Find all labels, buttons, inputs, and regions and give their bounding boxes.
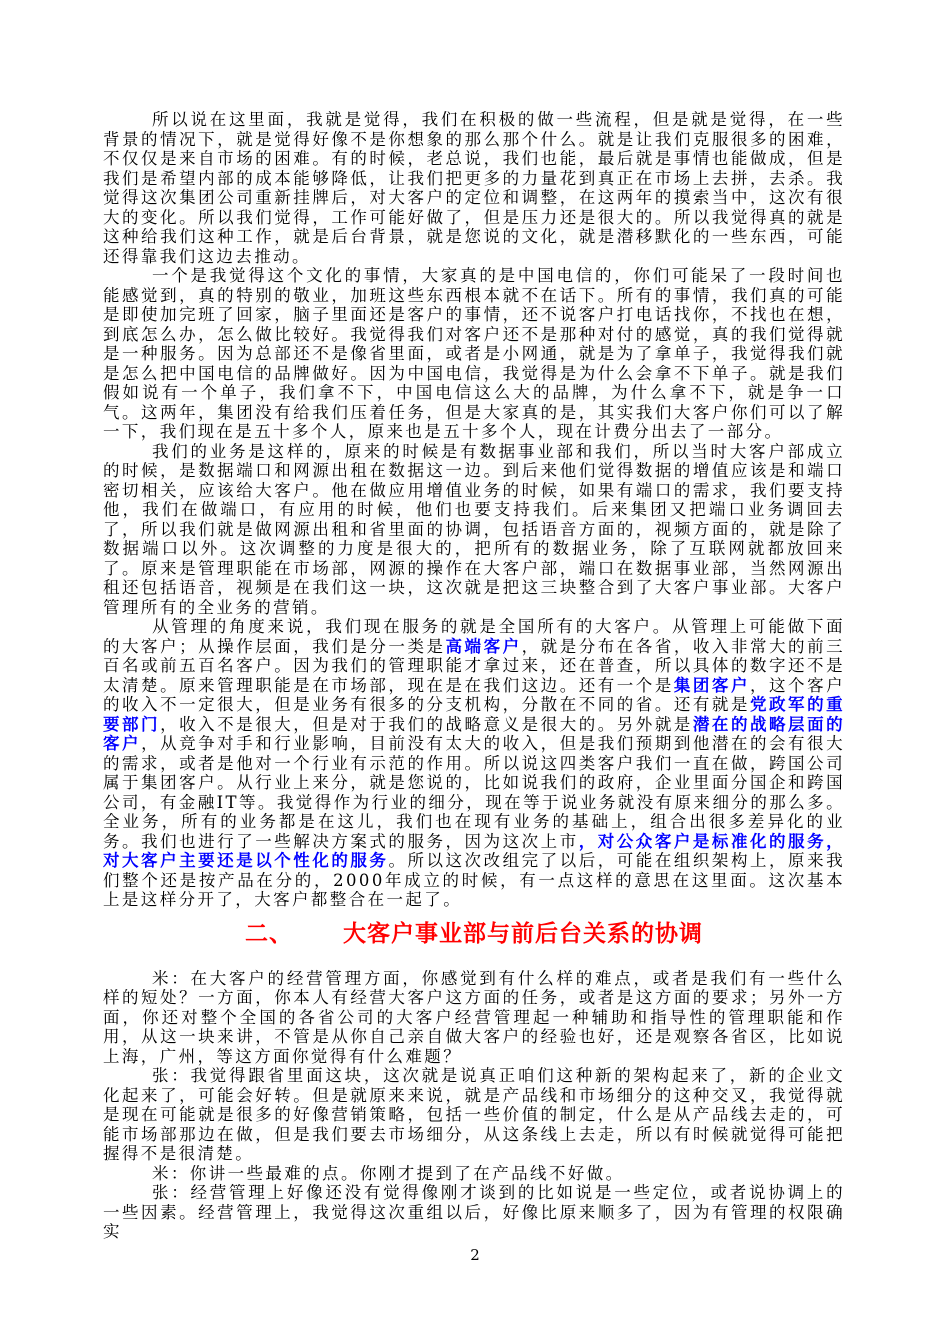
emphasis-blue-text: 集团客户 [674, 676, 750, 695]
page-number: 2 [0, 1246, 950, 1264]
paragraph-6: 张：我觉得跟省里面这块，这次就是说真正咱们这种新的架构起来了，新的企业文化起来了… [103, 1066, 845, 1164]
paragraph-8: 张：经营管理上好像还没有觉得像刚才谈到的比如说是一些定位，或者说协调上的一些因素… [103, 1183, 845, 1242]
body-text: 张：经营管理上好像还没有觉得像刚才谈到的比如说是一些定位，或者说协调上的一些因素… [103, 1183, 845, 1241]
body-text: 一个是我觉得这个文化的事情，大家真的是中国电信的，你们可能呆了一段时间也能感觉到… [103, 266, 845, 441]
paragraph-5: 米：在大客户的经营管理方面，你感觉到有什么样的难点，或者是我们有一些什么样的短处… [103, 969, 845, 1067]
paragraph-2: 一个是我觉得这个文化的事情，大家真的是中国电信的，你们可能呆了一段时间也能感觉到… [103, 266, 845, 442]
paragraph-7: 米：你讲一些最难的点。你刚才提到了在产品线不好做。 [103, 1164, 845, 1184]
body-text: 所以说在这里面，我就是觉得，我们在积极的做一些流程，但是就是觉得，在一些背景的情… [103, 110, 845, 266]
paragraph-4: 从管理的角度来说，我们现在服务的就是全国所有的大客户。从管理上可能做下面的大客户… [103, 617, 845, 910]
paragraph-3: 我们的业务是这样的，原来的时候是有数据事业部和我们，所以当时大客户部成立的时候，… [103, 442, 845, 618]
section-number: 二、 [245, 920, 293, 947]
document-body: 所以说在这里面，我就是觉得，我们在积极的做一些流程，但是就是觉得，在一些背景的情… [103, 110, 845, 1242]
section-heading-2: 二、大客户事业部与前后台关系的协调 [103, 919, 845, 949]
document-page: 所以说在这里面，我就是觉得，我们在积极的做一些流程，但是就是觉得，在一些背景的情… [0, 0, 950, 1344]
body-text: 米：你讲一些最难的点。你刚才提到了在产品线不好做。 [152, 1164, 625, 1183]
section-title: 大客户事业部与前后台关系的协调 [343, 920, 703, 947]
body-text: 米：在大客户的经营管理方面，你感觉到有什么样的难点，或者是我们有一些什么样的短处… [103, 969, 845, 1066]
body-text: ，收入不是很大，但是对于我们的战略意义是很大的。另外就是 [160, 715, 693, 734]
emphasis-blue-text: 高端客户 [446, 637, 522, 656]
paragraph-1: 所以说在这里面，我就是觉得，我们在积极的做一些流程，但是就是觉得，在一些背景的情… [103, 110, 845, 266]
body-text: 我们的业务是这样的，原来的时候是有数据事业部和我们，所以当时大客户部成立的时候，… [103, 442, 845, 617]
body-text: 张：我觉得跟省里面这块，这次就是说真正咱们这种新的架构起来了，新的企业文化起来了… [103, 1066, 845, 1163]
